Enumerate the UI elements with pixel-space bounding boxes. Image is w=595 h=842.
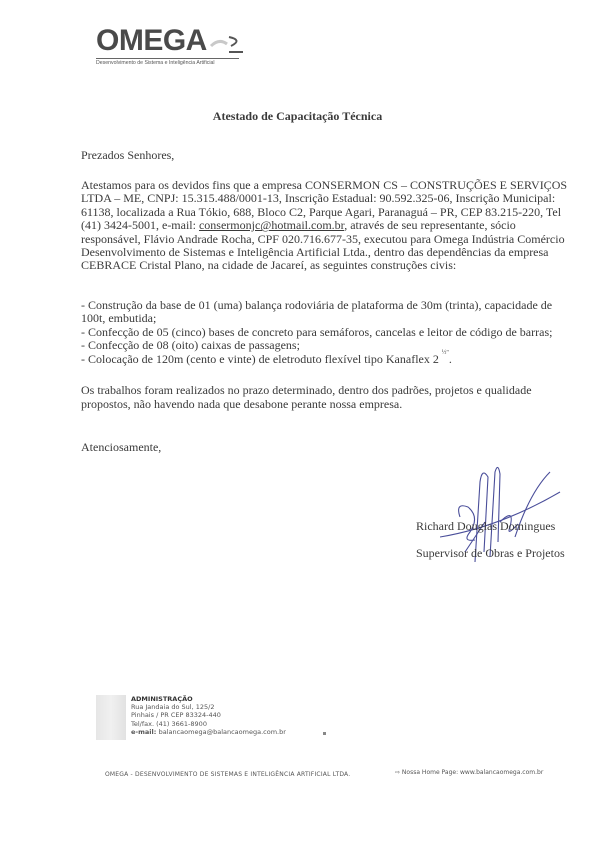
company-logo: OMEGA Desenvolvimento de Sistema e Intel… xyxy=(96,28,246,68)
admin-phone: Tel/fax. (41) 3661-8900 xyxy=(131,720,286,728)
admin-heading: ADMINISTRAÇÃO xyxy=(131,695,286,703)
greeting: Prezados Senhores, xyxy=(81,148,174,163)
works-list: - Construção da base de 01 (uma) balança… xyxy=(81,299,571,366)
signer-role: Supervisor de Obras e Projetos xyxy=(416,546,565,561)
admin-email-line: e-mail: balancaomega@balancaomega.com.br xyxy=(131,728,286,736)
logo-tagline: Desenvolvimento de Sistema e Inteligênci… xyxy=(96,60,215,66)
logo-wordmark: OMEGA xyxy=(96,24,207,58)
body-paragraph-1: Atestamos para os devidos fins que a emp… xyxy=(81,179,571,273)
document-title: Atestado de Capacitação Técnica xyxy=(0,109,595,124)
email-link[interactable]: consermonjc@hotmail.com.br xyxy=(199,218,344,232)
list-item: - Construção da base de 01 (uma) balança… xyxy=(81,299,571,326)
closing: Atenciosamente, xyxy=(81,440,161,455)
admin-contact-block: ADMINISTRAÇÃO Rua Jandaia do Sul, 125/2 … xyxy=(131,695,286,736)
omega-swoosh-icon xyxy=(209,34,245,56)
list-item: - Confecção de 08 (oito) caixas de passa… xyxy=(81,339,571,352)
signer-name: Richard Douglas Domingues xyxy=(416,519,555,534)
list-item: - Confecção de 05 (cinco) bases de concr… xyxy=(81,326,571,339)
body-paragraph-2: Os trabalhos foram realizados no prazo d… xyxy=(81,384,571,411)
scan-mark xyxy=(323,732,326,735)
admin-city: Pinhais / PR CEP 83324-440 xyxy=(131,711,286,719)
admin-address: Rua Jandaia do Sul, 125/2 xyxy=(131,703,286,711)
logo-divider xyxy=(96,58,239,59)
fraction: ½" xyxy=(442,350,449,356)
admin-image-placeholder xyxy=(96,695,126,740)
footer-company: OMEGA - DESENVOLVIMENTO DE SISTEMAS E IN… xyxy=(105,771,350,778)
admin-email[interactable]: balancaomega@balancaomega.com.br xyxy=(159,728,286,736)
list-item: - Colocação de 120m (cento e vinte) de e… xyxy=(81,353,571,366)
footer-homepage-link[interactable]: ⇨ Nossa Home Page: www.balancaomega.com.… xyxy=(395,769,543,776)
